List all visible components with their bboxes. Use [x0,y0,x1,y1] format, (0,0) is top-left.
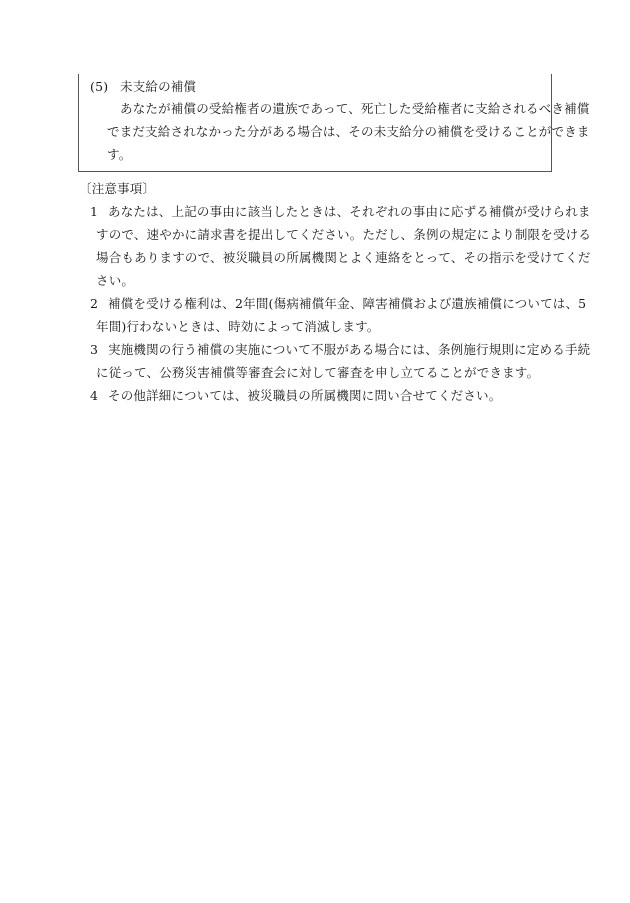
notes-heading: 〔注意事項〕 [79,181,155,197]
item-text-line: 年間)行わないときは、時効によって消滅します。 [96,319,379,335]
section-body-line: あなたが補償の受給権者の遺族であって、死亡した受給権者に支給されるべき補償 [120,101,590,117]
item-text-line: さい。 [96,273,134,289]
section-number: (5) [90,79,108,95]
item-text-line: 補償を受ける権利は、2年間(傷病補償年金、障害補償および遺族補償については、5 [108,296,586,312]
item-number: 3 [90,342,98,358]
item-text-line: に従って、公務災害補償等審査会に対して審査を申し立てることができます。 [96,365,539,381]
item-number: 1 [90,204,98,220]
section-body-line: す。 [107,147,131,163]
item-number: 4 [90,388,98,404]
item-text-line: すので、速やかに請求書を提出してください。ただし、条例の規定により制限を受ける [96,227,591,243]
item-text-line: あなたは、上記の事由に該当したときは、それぞれの事由に応ずる補償が受けられま [108,204,591,220]
item-number: 2 [90,296,98,312]
item-text-line: その他詳細については、被災職員の所属機関に問い合せてください。 [108,388,501,404]
item-text-line: 場合もありますので、被災職員の所属機関とよく連絡をとって、その指示を受けてくだ [96,250,591,266]
document-page: (5) 未支給の補償 あなたが補償の受給権者の遺族であって、死亡した受給権者に支… [0,0,630,903]
item-text-line: 実施機関の行う補償の実施について不服がある場合には、条例施行規則に定める手続 [108,342,590,358]
section-title: 未支給の補償 [120,79,196,95]
section-body-line: でまだ支給されなかった分がある場合は、その未支給分の補償を受けることができま [107,124,590,140]
